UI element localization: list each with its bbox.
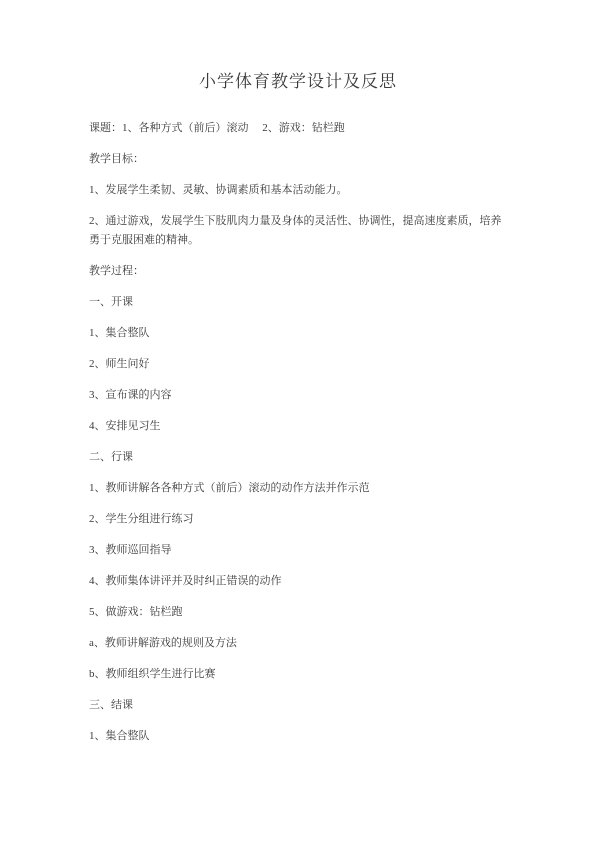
para-main-step-1: 1、教师讲解各各种方式（前后）滚动的动作方法并作示范 — [89, 479, 507, 498]
para-opening-step-4: 4、安排见习生 — [89, 417, 507, 436]
para-process-heading: 教学过程： — [89, 262, 507, 281]
para-main-step-5: 5、做游戏：钻栏跑 — [89, 603, 507, 622]
para-game-rule-b: b、教师组织学生进行比赛 — [89, 665, 507, 684]
para-main-step-4: 4、教师集体讲评并及时纠正错误的动作 — [89, 572, 507, 591]
document-body: 课题：1、各种方式（前后）滚动 2、游戏：钻栏跑 教学目标： 1、发展学生柔韧、… — [89, 119, 507, 746]
para-section-main: 二、行课 — [89, 448, 507, 467]
para-objectives-heading: 教学目标： — [89, 150, 507, 169]
document-title: 小学体育教学设计及反思 — [89, 70, 507, 93]
para-game-rule-a: a、教师讲解游戏的规则及方法 — [89, 634, 507, 653]
para-lesson-topic: 课题：1、各种方式（前后）滚动 2、游戏：钻栏跑 — [89, 119, 507, 138]
para-closing-step-1: 1、集合整队 — [89, 727, 507, 746]
document-page: 小学体育教学设计及反思 课题：1、各种方式（前后）滚动 2、游戏：钻栏跑 教学目… — [0, 0, 595, 842]
para-main-step-2: 2、学生分组进行练习 — [89, 510, 507, 529]
para-objective-2: 2、通过游戏，发展学生下肢肌肉力量及身体的灵活性、协调性，提高速度素质，培养勇于… — [89, 212, 507, 250]
para-opening-step-1: 1、集合整队 — [89, 324, 507, 343]
para-section-opening: 一、开课 — [89, 293, 507, 312]
para-section-closing: 三、结课 — [89, 696, 507, 715]
para-opening-step-3: 3、宣布课的内容 — [89, 386, 507, 405]
para-objective-1: 1、发展学生柔韧、灵敏、协调素质和基本活动能力。 — [89, 181, 507, 200]
para-opening-step-2: 2、师生问好 — [89, 355, 507, 374]
para-main-step-3: 3、教师巡回指导 — [89, 541, 507, 560]
